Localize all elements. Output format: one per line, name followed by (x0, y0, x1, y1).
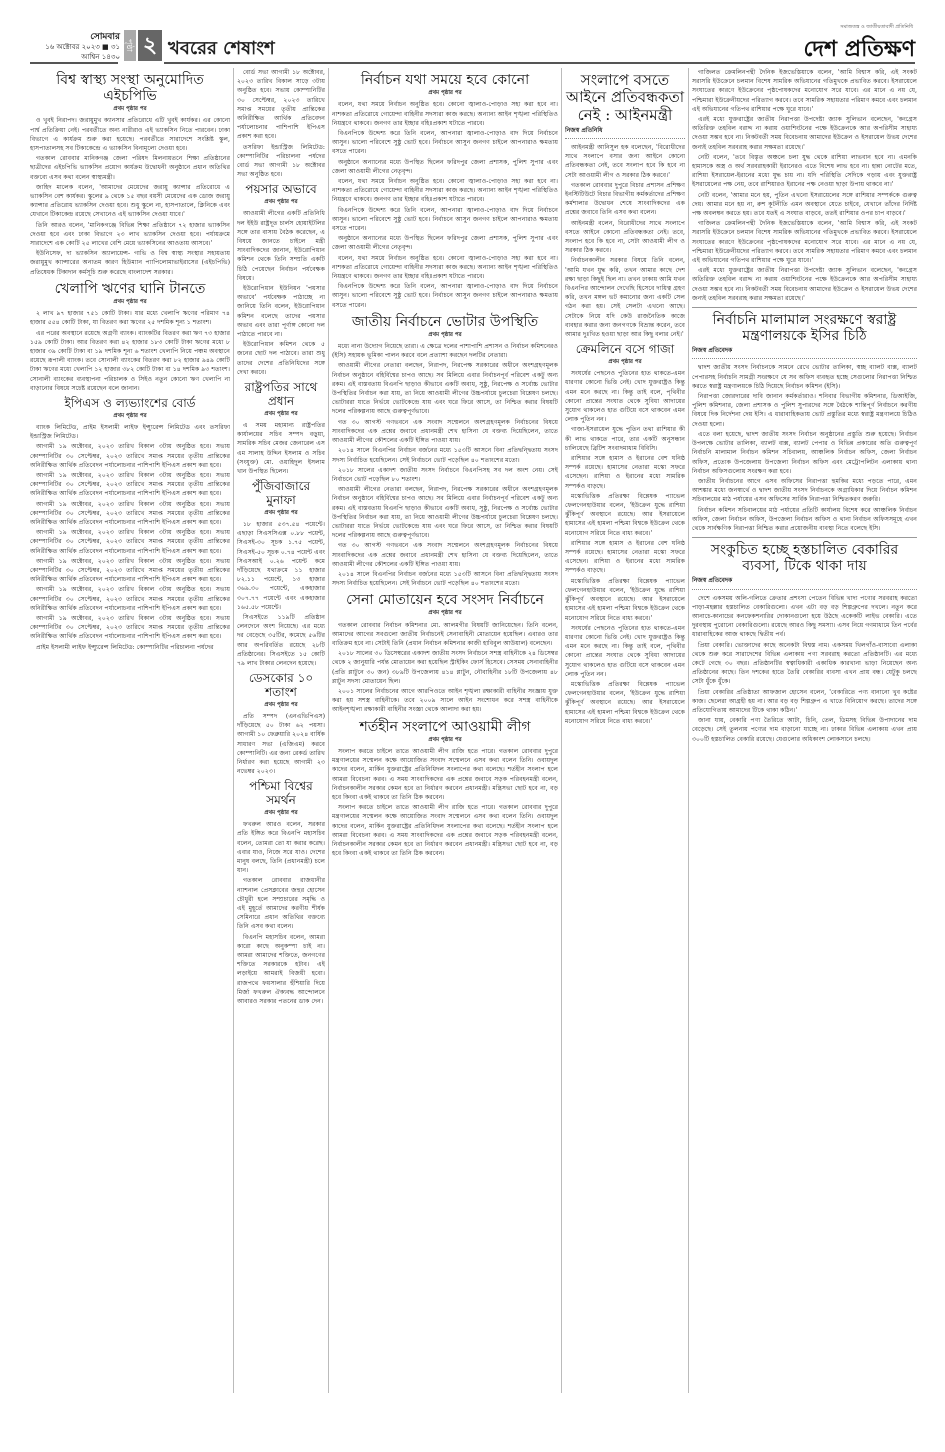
column-divider (233, 68, 234, 1393)
continued-label: প্রথম পৃষ্ঠার পর (237, 410, 325, 419)
headline[interactable]: পয়সার অভাবে (237, 183, 325, 197)
headline[interactable]: রাষ্ট্রপতির সাথে প্রধান (237, 381, 325, 409)
headline[interactable]: পশ্চিমা বিশ্বের সমর্থন (237, 780, 325, 808)
paragraph: গাজা-ইসরায়েল যুদ্ধে পুতিন তথা রাশিয়ার … (565, 425, 685, 453)
masthead-rule (30, 62, 118, 64)
continued-label: প্রথম পৃষ্ঠার পর (237, 198, 325, 207)
section-divider (692, 537, 917, 538)
newspaper-tagline: সমাজতন্ত্র ও জাতীয়তাবাদী প্রতিনিধি (840, 24, 913, 32)
article-defaulter: খেলাপি ঋণের ঘানি টানতে প্রথম পৃষ্ঠার পর … (30, 281, 230, 393)
paragraph: ১৮ হাজার ৫৩৭.৫৪ পয়েন্টে। এছাড়া সিএসসিএ… (237, 520, 325, 612)
column-1: বিশ্ব স্বাস্থ্য সংস্থা অনুমোদিত এইচপিভি … (30, 68, 230, 1393)
paragraph: আগামী ১৯ অক্টোবর, ২০২৩ তারিখ বিকাল ৩টায়… (30, 500, 230, 528)
paragraph: ইউরোপিয়ান কমিশন থেকে ৫ জনের ছোট দল পাঠা… (237, 340, 325, 377)
article-voter-turnout: জাতীয় নির্বাচনে ভোটার উপস্থিতি প্রথম পৃ… (332, 314, 558, 589)
paragraph: বোর্ড সভা আগামী ১৮ অক্টোবর, ২০২৩ তারিখ ব… (237, 68, 325, 142)
paragraph: সংলাপ করতে চাইলে তাতে আওয়ামী লীগ রাজি হ… (332, 803, 558, 858)
article-president: রাষ্ট্রপতির সাথে প্রধান প্রথম পৃষ্ঠার পর… (237, 381, 325, 476)
headline[interactable]: সংলাপে বসতে আইনে প্রতিবন্ধকতা নেই : আইনম… (565, 72, 685, 124)
paragraph: বিএনপিকে উদ্দেশ্য করে তিনি বলেন, আপনারা … (332, 206, 558, 234)
paragraph: ব্যাংক লিমিটেড, প্রাইম ইসলামী লাইফ ইন্স্… (30, 423, 230, 441)
paragraph: অনুষ্ঠানে অন্যান্যের মধ্যে উপস্থিত ছিলেন… (332, 158, 558, 176)
paragraph: আগামী ১৯ অক্টোবর, ২০২৩ তারিখ বিকাল ৩টায়… (30, 471, 230, 499)
headline[interactable]: নির্বাচনি মালামাল সংরক্ষণে স্বরাষ্ট্র মন… (692, 312, 917, 344)
column-divider (328, 68, 329, 1393)
headline[interactable]: ইপিএস ও ল্যভ্যাংশের বোর্ড (30, 397, 230, 411)
headline[interactable]: পুঁজিবাজারে মুনাফা (237, 480, 325, 508)
article-money: পয়সার অভাবে প্রথম পৃষ্ঠার পর আওয়ামী লী… (237, 183, 325, 377)
paragraph: ২০০১ সালের নির্বাচনের আগে আরপিওতে আইন শৃ… (332, 687, 558, 715)
paragraph: নেটি বলেন, 'তবে বিস্তৃত অঞ্চলে চলা যুদ্ধ… (692, 153, 917, 190)
continued-label: প্রথম পৃষ্ঠার পর (332, 89, 558, 98)
paragraph: এরই মধ্যে যুক্তরাষ্ট্রের জাতীয় নিরাপত্ত… (692, 266, 917, 303)
headline[interactable]: বিশ্ব স্বাস্থ্য সংস্থা অনুমোদিত এইচপিভি (30, 72, 230, 104)
continued-label: প্রথম পৃষ্ঠার পর (332, 609, 558, 618)
headline[interactable]: সংকুচিত হচ্ছে হস্তচালিত বেকারির ব্যবসা, … (692, 542, 917, 574)
byline: নিজস্ব প্রতিবেদক (692, 576, 917, 589)
paragraph: দ্বাদশ জাতীয় সংসদ নির্বাচনকে সামনে রেখে… (692, 363, 917, 391)
column-divider (561, 68, 562, 1393)
paragraph: প্রাইম ইসলামী লাইফ ইন্স্যুরেন্স লিমিটেড:… (30, 643, 230, 652)
issue-date-text: ১৬ অক্টোবর ২০২৩ ■ ৩১ আশ্বিন ১৪৩০ (30, 42, 120, 62)
continued-label: প্রথম পৃষ্ঠার পর (565, 358, 685, 367)
paragraph: আগামী ১৯ অক্টোবর, ২০২৩ তারিখ বিকাল ৩টায়… (30, 614, 230, 642)
column-3: নির্বাচন যথা সময়ে হবে কোনো প্রথম পৃষ্ঠা… (332, 68, 558, 1393)
paragraph: বলেন, যথা সময়ে নির্বাচন অনুষ্ঠিত হবে। ক… (332, 177, 558, 205)
paragraph: এরই মধ্যে যুক্তরাষ্ট্রের জাতীয় নিরাপত্ত… (692, 115, 917, 152)
continued-label: প্রথম পৃষ্ঠার পর (237, 701, 325, 710)
article-eps: ইপিএস ও ল্যভ্যাংশের বোর্ড প্রথম পৃষ্ঠার … (30, 397, 230, 652)
paragraph: সিএসইতে ১১৯টি প্রতিষ্ঠান লেনদেনে অংশ নিয… (237, 613, 325, 668)
headline[interactable]: জাতীয় নির্বাচনে ভোটার উপস্থিতি (332, 314, 558, 330)
issue-day: সোমবার (30, 32, 120, 42)
paragraph: আগামী ১৯ অক্টোবর, ২০২৩ তারিখ বিকাল ৩টায়… (30, 442, 230, 470)
paragraph: এর পরের অবস্থানে রয়েছে অগ্রণী ব্যাংক। ব… (30, 329, 230, 393)
paragraph: সংঘর্ষের পেছনেও পুতিনের হাত থাকতে-এমন ধা… (565, 369, 685, 424)
paragraph: মধ্যে নানা উদ্যোগ নিয়েছে তারা। এ ক্ষেত্… (332, 342, 558, 360)
column-divider (688, 68, 689, 1393)
paragraph: মস্কোভিত্তিক প্রতিরক্ষা বিশ্লেষক প্যাভেল… (565, 577, 685, 623)
paragraph: প্রিয়া বেকারি। ভোক্তাদের কাছে অনেকটা বি… (692, 641, 917, 687)
article-law-minister: সংলাপে বসতে আইনে প্রতিবন্ধকতা নেই : আইনম… (565, 72, 685, 339)
paragraph: গতকাল রোববার রাজধানীর ন্যাশনাল প্রেসক্লা… (237, 876, 325, 931)
paragraph: ইউরোপিয়ান ইউনিয়ন 'পয়সার অভাবে' পর্যবে… (237, 284, 325, 339)
paragraph: নির্বাচন কমিশন সচিবালয়ের মাঠ পর্যায়ের … (692, 506, 917, 534)
continued-label: প্রথম পৃষ্ঠার পর (30, 412, 230, 421)
paragraph: নির্বাচনকালীন সরকার বিষয়ে তিনি বলেন, 'আ… (565, 256, 685, 339)
continued-label: প্রথম পৃষ্ঠার পর (30, 105, 230, 114)
headline[interactable]: শর্তহীন সংলাপে আওয়ামী লীগ (332, 719, 558, 735)
paragraph: প্রতি সম্পদ (এনএভিপিএস) দাঁড়িয়েছে ৫০ ট… (237, 712, 325, 776)
section-title: খবরের শেষাংশ (168, 34, 275, 65)
headline[interactable]: সেনা মোতায়েন হবে সংসদ নির্বাচনে (332, 592, 558, 608)
continued-label: প্রথম পৃষ্ঠার পর (30, 298, 230, 307)
masthead-rule (164, 62, 915, 64)
paragraph: গাজিলত ক্রেমলিনপন্থী দৈনিক ইজভেস্তিয়াকে… (692, 219, 917, 265)
article-hpv: বিশ্ব স্বাস্থ্য সংস্থা অনুমোদিত এইচপিভি … (30, 72, 230, 277)
paragraph: জাতীয় নির্বাচনের আগে এসব অফিসের নিরাপত্… (692, 477, 917, 505)
paragraph: ইউনিসেফ, দা ভ্যাকসিন অ্যালায়েন্স- গাভি … (30, 249, 230, 277)
paragraph: গাজিলত ক্রেমলিনপন্থী দৈনিক ইজভেস্তিয়াকে… (692, 68, 917, 114)
headline[interactable]: নির্বাচন যথা সময়ে হবে কোনো (332, 72, 558, 88)
paragraph: গতকাল রোববার নির্বাচন কমিশনার মো. আলমগীর… (332, 621, 558, 649)
page-number: ২ (138, 30, 162, 61)
paragraph: আওয়ামী লীগের নেতারা বলছেন, নিরাপদ, নিরপ… (332, 361, 558, 416)
article-capital-market: পুঁজিবাজারে মুনাফা প্রথম পৃষ্ঠার পর ১৮ হ… (237, 480, 325, 668)
paragraph: ২০১৪ সালে বিএনপির নির্বাচন বর্জনের মধ্যে… (332, 570, 558, 588)
paragraph: আগামী ১৯ অক্টোবর, ২০২৩ তারিখ বিকাল ৩টায়… (30, 557, 230, 585)
article-ukraine-continued: গাজিলত ক্রেমলিনপন্থী দৈনিক ইজভেস্তিয়াকে… (692, 68, 917, 303)
masthead: সোমবার ১৬ অক্টোবর ২০২৩ ■ ৩১ আশ্বিন ১৪৩০ … (30, 30, 915, 62)
paragraph: গত ৩০ আগস্ট গণভবনে এক সংবাদ সম্মেলনে অংশ… (332, 418, 558, 446)
headline[interactable]: ডেসকোর ১০ শতাংশ (237, 672, 325, 700)
paragraph: তসরিফা ইন্ডাস্ট্রিজ লিমিটেড: কোম্পানিটির… (237, 143, 325, 180)
paragraph: দেশে একসময় অলি-গলিতে ক্রেতার প্রশংসা পে… (692, 594, 917, 640)
article-election-on-time: নির্বাচন যথা সময়ে হবে কোনো প্রথম পৃষ্ঠা… (332, 72, 558, 310)
paragraph: প্রিয়া বেকারির প্রতিষ্ঠাতা আফজাল হোসেন … (692, 688, 917, 716)
paragraph: নিরাপত্তা জোরদারের দাবি জানান কর্মকর্তার… (692, 392, 917, 429)
paragraph: আইনমন্ত্রী আনিসুল হক বলেছেন, 'বিরোধীদের … (565, 143, 685, 180)
paragraph: ও খুবই নিরাপদ। জরায়ুমুখ ক্যানসার প্রতির… (30, 116, 230, 153)
paragraph: ২০১৮ সালের একাদশ জাতীয় সংসদ নির্বাচনে ব… (332, 466, 558, 484)
byline: নিজস্ব প্রতিনিধি (565, 126, 685, 139)
column-5: গাজিলত ক্রেমলিনপন্থী দৈনিক ইজভেস্তিয়াকে… (692, 68, 917, 1393)
paragraph: আওয়ামী লীগের নেতারা বলছেন, নিরাপদ, নিরপ… (332, 485, 558, 540)
paragraph: গত ৩০ আগস্ট গণভবনে এক সংবাদ সম্মেলনে অংশ… (332, 541, 558, 569)
paragraph: এ সময় মহামান্য রাষ্ট্রপতির কার্যালয়ের … (237, 421, 325, 476)
paragraph: সংলাপ করতে চাইলে তাতে আওয়ামী লীগ রাজি হ… (332, 747, 558, 802)
paragraph: নেটি বলেন, 'আমার মনে হয়, পুতিন এখনো ইসর… (692, 191, 917, 219)
article-unconditional-dialogue: শর্তহীন সংলাপে আওয়ামী লীগ প্রথম পৃষ্ঠার… (332, 719, 558, 859)
paragraph: ফখরুল আরও বলেন, সরকার প্রতি ইঙ্গিত করে ব… (237, 820, 325, 875)
paragraph: মস্কোভিত্তিক প্রতিরক্ষা বিশ্লেষক প্যাভেল… (565, 680, 685, 726)
paragraph: অনুষ্ঠানে অন্যান্যের মধ্যে উপস্থিত ছিলেন… (332, 234, 558, 252)
paragraph: বলেন, যথা সময়ে নির্বাচন অনুষ্ঠিত হবে। ক… (332, 254, 558, 282)
continued-label: প্রথম পৃষ্ঠার পর (332, 736, 558, 745)
continued-label: প্রথম পৃষ্ঠার পর (332, 331, 558, 340)
paragraph: তিনি আরও বলেন, 'মানিকগঞ্জে বিভিন্ন শিক্ষ… (30, 221, 230, 249)
paragraph: গতকাল রোববার দুপুরে বিচার প্রশাসন প্রশিক… (565, 181, 685, 218)
paragraph: আইনমন্ত্রী বলেন, বিরোধীদের সাথে সংলাপে ব… (565, 219, 685, 256)
paragraph: আগামী ১৯ অক্টোবর, ২০২৩ তারিখ বিকাল ৩টায়… (30, 585, 230, 613)
paragraph: বিএনপিকে উদ্দেশ্য করে তিনি বলেন, আপনারা … (332, 129, 558, 157)
article-army-deployment: সেনা মোতায়েন হবে সংসদ নির্বাচনে প্রথম প… (332, 592, 558, 714)
paragraph: গতকাল রোববার মানিকগঞ্জ জেলা পরিষদ মিলনায… (30, 154, 230, 182)
column-2: বোর্ড সভা আগামী ১৮ অক্টোবর, ২০২৩ তারিখ ব… (237, 68, 325, 1393)
paragraph: মস্কোভিত্তিক প্রতিরক্ষা বিশ্লেষক প্যাভেল… (565, 492, 685, 538)
paragraph: আগামী ১৯ অক্টোবর, ২০২৩ তারিখ বিকাল ৩টায়… (30, 528, 230, 556)
headline[interactable]: ক্রেমলিনে বসে গাজা (565, 343, 685, 357)
article-western-support: পশ্চিমা বিশ্বের সমর্থন প্রথম পৃষ্ঠার পর … (237, 780, 325, 1006)
paragraph: ২০১৮ সালের ৩০ ডিসেম্বরের একাদশ জাতীয় সং… (332, 649, 558, 686)
paragraph: বিএনপি মহাসচিব বলেন, আমরা কারো কাছে অনুক… (237, 933, 325, 1007)
continued-label: প্রথম পৃষ্ঠার পর (237, 509, 325, 518)
paragraph: রাশিয়ার সঙ্গে হামাস ও ইরানের বেশ ঘনিষ্ঠ… (565, 539, 685, 576)
column-4: সংলাপে বসতে আইনে প্রতিবন্ধকতা নেই : আইনম… (565, 68, 685, 1393)
paragraph: রাশিয়ার সঙ্গে হামাস ও ইরানের বেশ ঘনিষ্ঠ… (565, 454, 685, 491)
paragraph: এতে বলা হয়েছে, দ্বাদশ জাতীয় সংসদ নির্ব… (692, 430, 917, 476)
issue-date: সোমবার ১৬ অক্টোবর ২০২৩ ■ ৩১ আশ্বিন ১৪৩০ (30, 32, 120, 62)
continued-label: প্রথম পৃষ্ঠার পর (237, 809, 325, 818)
paragraph: বিএনপিকে উদ্দেশ্য করে তিনি বলেন, আপনারা … (332, 282, 558, 310)
article-desco: ডেসকোর ১০ শতাংশ প্রথম পৃষ্ঠার পর প্রতি স… (237, 672, 325, 776)
paragraph: জানা যায়, বেকারি পণ্য তৈরিতে আটা, চিনি,… (692, 716, 917, 744)
headline[interactable]: খেলাপি ঋণের ঘানি টানতে (30, 281, 230, 297)
article-bakery: সংকুচিত হচ্ছে হস্তচালিত বেকারির ব্যবসা, … (692, 542, 917, 744)
paragraph: বলেন, যথা সময়ে নির্বাচন অনুষ্ঠিত হবে। ক… (332, 100, 558, 128)
article-kremlin-gaza: ক্রেমলিনে বসে গাজা প্রথম পৃষ্ঠার পর সংঘর… (565, 343, 685, 726)
page-tag: পৃষ্ঠা (124, 30, 136, 61)
paragraph: ২০১৪ সালে বিএনপির নির্বাচন বর্জনের মধ্যে… (332, 446, 558, 464)
paragraph: ২ লাখ ৯৭ হাজার ৭৫১ কোটি টাকা। যার মধ্যে … (30, 309, 230, 327)
section-divider (692, 307, 917, 308)
byline: নিজস্ব প্রতিবেদক (692, 346, 917, 359)
paragraph: সংঘর্ষের পেছনেও পুতিনের হাত থাকতে-এমন ধা… (565, 624, 685, 679)
paragraph: আওয়ামী লীগের একটি প্রতিনিধি দল ইইউ রাষ্… (237, 209, 325, 283)
paragraph: জাহিদ মালেক বলেন, 'আমাদের মেয়েদের জরায়… (30, 183, 230, 220)
article-ec-letter: নির্বাচনি মালামাল সংরক্ষণে স্বরাষ্ট্র মন… (692, 312, 917, 533)
